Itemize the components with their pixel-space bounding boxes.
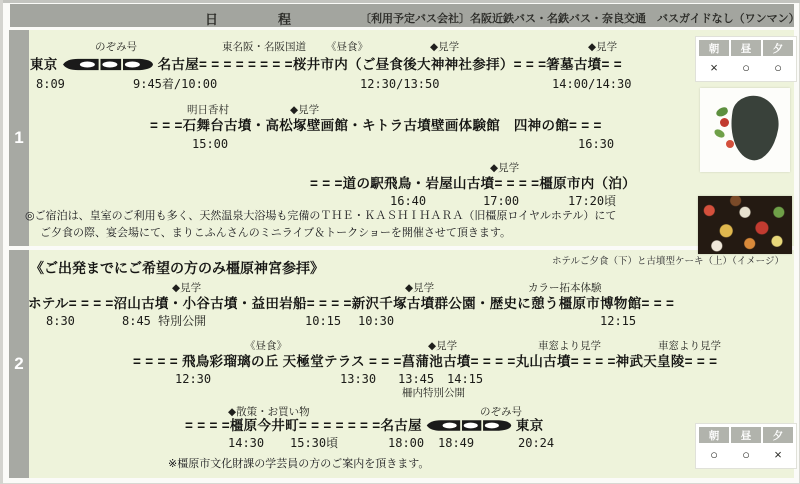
day2-meal-value-row: ○ ○ × <box>699 445 793 465</box>
day2-time-tengyokudo-arr: 12:30 <box>175 373 211 387</box>
day2-time-nagoya-dep: 18:49 <box>438 437 474 451</box>
day2-label-visit-3: ◆見学 <box>428 340 457 352</box>
day2-label-window-view-2: 車窓より見学 <box>658 340 721 352</box>
day2-fence-note: 柵内特別公開 <box>402 387 465 399</box>
day2-time-shobuike-dep: 14:15 <box>447 373 483 387</box>
day1-meal-header-row: 朝 昼 夕 <box>699 40 793 56</box>
day1-label-lunch: 《昼食》 <box>326 41 368 53</box>
cake-strawberry-decoration <box>720 118 729 127</box>
meal-header-dinner: 夕 <box>763 427 793 443</box>
meal-header-lunch: 昼 <box>731 40 761 56</box>
photo-caption: ホテルご夕食（下）と古墳型ケーキ（上）（イメージ） <box>552 257 784 268</box>
day1-time-michinoeki: 16:40 <box>390 195 426 209</box>
day1-route-line-3: = = =道の駅飛鳥・岩屋山古墳= = = =橿原市内（泊） <box>310 176 636 192</box>
day2-label-visit-1: ◆見学 <box>172 282 201 294</box>
day1-label-nozomi: のぞみ号 <box>95 41 137 53</box>
day2-time-numayama: 8:45 特別公開 <box>122 315 206 329</box>
day1-number: 1 <box>14 128 23 148</box>
kofun-cake-photo <box>700 88 790 172</box>
day2-route-line-2: = = = = 飛鳥彩瑠璃の丘 天極堂テラス = = =菖蒲池古墳= = = =… <box>133 354 717 370</box>
day2-time-tokyo-arr: 20:24 <box>518 437 554 451</box>
day2-route3-path: = = = =橿原今井町= = = = = = =名古屋 <box>185 418 422 434</box>
day2-time-niizawa: 10:30 <box>358 315 394 329</box>
day2-time-nagoya-arr: 18:00 <box>388 437 424 451</box>
header-bus-info: 〔利用予定バス会社〕名阪近鉄バス・名鉄バス・奈良交通 バスガイドなし（ワンマン） <box>360 10 800 26</box>
day1-hotel-note-line2: ご夕食の際、宴会場にて、まりこふんさんのミニライブ＆トークショーを開催させて頂き… <box>40 227 511 240</box>
meal-header-dinner: 夕 <box>763 40 793 56</box>
day2-label-walk-shopping: ◆散策・お買い物 <box>228 406 310 418</box>
day2-time-hotel-dep: 8:30 <box>46 315 75 329</box>
day2-label-visit-2: ◆見学 <box>405 282 434 294</box>
day1-time-kashihara-arrival: 17:20頃 <box>568 195 616 209</box>
day2-time-masuda: 10:15 <box>305 315 341 329</box>
day2-meal-lunch-value: ○ <box>731 445 761 465</box>
day2-route-line-3: = = = =橿原今井町= = = = = = =名古屋 東京 <box>185 418 544 434</box>
day2-optional-visit-heading: 《ご出発までにご希望の方のみ橿原神宮参拝》 <box>30 260 324 276</box>
meal-header-breakfast: 朝 <box>699 427 729 443</box>
day2-meal-table: 朝 昼 夕 ○ ○ × <box>696 424 796 468</box>
day1-time-ishibutai: 15:00 <box>192 138 228 152</box>
cake-slice-shape <box>725 92 783 163</box>
itinerary-document: 日 程 〔利用予定バス会社〕名阪近鉄バス・名鉄バス・奈良交通 バスガイドなし（ワ… <box>0 0 800 484</box>
day2-time-imaicho-arr: 14:30 <box>228 437 264 451</box>
day1-route-line-2: = = =石舞台古墳・高松塚壁画館・キトラ古墳壁画体験館 四神の館= = = <box>150 118 602 134</box>
day1-label-visit-4: ◆見学 <box>490 162 519 174</box>
day2-number-bar: 2 <box>9 250 29 478</box>
day1-time-shijin: 16:30 <box>578 138 614 152</box>
day1-meal-breakfast-value: × <box>699 58 729 78</box>
day1-label-visit-3: ◆見学 <box>290 104 319 116</box>
shinkansen-icon <box>61 57 155 72</box>
scan-edge <box>0 0 800 3</box>
meal-header-lunch: 昼 <box>731 427 761 443</box>
cake-leaf-decoration <box>715 106 729 118</box>
day1-label-visit-2: ◆見学 <box>588 41 617 53</box>
day2-meal-header-row: 朝 昼 夕 <box>699 427 793 443</box>
day2-meal-dinner-value: × <box>763 445 793 465</box>
day2-route3-destination: 東京 <box>516 418 544 434</box>
day1-route1-origin: 東京 <box>30 57 58 73</box>
day2-label-lunch: 《昼食》 <box>245 340 287 352</box>
day2-meal-breakfast-value: ○ <box>699 445 729 465</box>
scan-edge <box>0 0 3 484</box>
day1-route1-path: 名古屋= = = = = = = =桜井市内（ご昼食後大神神社参拝）= = =箸… <box>158 57 622 73</box>
day2-time-shobuike-arr: 13:45 <box>398 373 434 387</box>
hotel-dinner-photo <box>698 196 792 254</box>
day1-meal-lunch-value: ○ <box>731 58 761 78</box>
header-title-part2: 程 <box>278 9 291 28</box>
day1-meal-table: 朝 昼 夕 × ○ ○ <box>696 37 796 81</box>
cake-leaf-decoration <box>713 128 726 140</box>
day1-time-iwayama: 17:00 <box>483 195 519 209</box>
day2-curator-note: ※橿原市文化財課の学芸員の方のご案内を頂きます。 <box>168 458 429 471</box>
day2-time-tengyokudo-dep: 13:30 <box>340 373 376 387</box>
header-title-part1: 日 <box>205 9 218 28</box>
day1-time-dep-tokyo: 8:09 <box>36 78 65 92</box>
day2-number: 2 <box>14 354 23 374</box>
day2-label-nozomi: のぞみ号 <box>480 406 522 418</box>
day2-route-line-1: ホテル= = = =沼山古墳・小谷古墳・益田岩船= = = =新沢千塚古墳群公園… <box>28 296 674 312</box>
meal-header-breakfast: 朝 <box>699 40 729 56</box>
day2-time-imaicho-dep: 15:30頃 <box>290 437 338 451</box>
day1-meal-dinner-value: ○ <box>763 58 793 78</box>
cake-strawberry-decoration <box>726 140 734 148</box>
day1-time-nagoya: 9:45着/10:00 <box>133 78 217 92</box>
day1-meal-value-row: × ○ ○ <box>699 58 793 78</box>
day2-label-takuhon: カラー拓本体験 <box>528 282 602 294</box>
day1-label-visit-1: ◆見学 <box>430 41 459 53</box>
day1-route-line-1: 東京 名古屋= = = = = = = =桜井市内（ご昼食後大神神社参拝）= =… <box>30 57 622 73</box>
day2-label-window-view-1: 車窓より見学 <box>538 340 601 352</box>
day2-time-museum: 12:15 <box>600 315 636 329</box>
day1-label-road: 東名阪・名阪国道 <box>222 41 306 53</box>
shinkansen-icon <box>425 418 513 433</box>
day1-label-asuka-village: 明日香村 <box>187 104 229 116</box>
day1-hotel-note-line1: ◎ご宿泊は、皇室のご利用も多く、天然温泉大浴場も完備のＴＨＥ・ＫＡＳＨＩＨＡＲＡ… <box>25 210 616 223</box>
day1-time-sakurai: 12:30/13:50 <box>360 78 439 92</box>
day1-time-hashihaka: 14:00/14:30 <box>552 78 631 92</box>
